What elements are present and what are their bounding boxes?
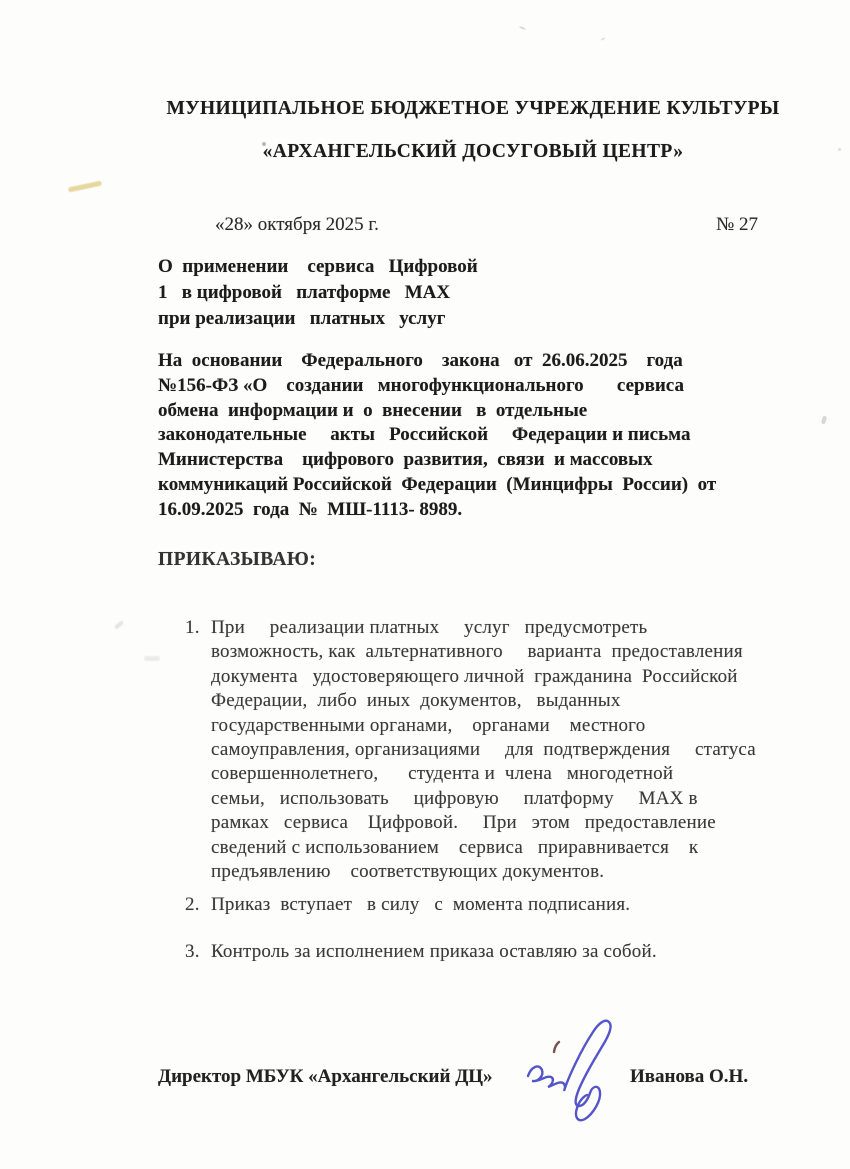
document-page: МУНИЦИПАЛЬНОЕ БЮДЖЕТНОЕ УЧРЕЖДЕНИЕ КУЛЬТ… (0, 0, 850, 1169)
item-line: документа удостоверяющего личной граждан… (211, 665, 756, 689)
document-date: «28» октября 2025 г. (215, 213, 379, 237)
subject-block: О применении сервиса Цифровой 1 в цифров… (158, 254, 478, 332)
order-heading: ПРИКАЗЫВАЮ: (158, 549, 316, 571)
signature-ink-stroke (528, 1021, 611, 1121)
org-name-line2: «АРХАНГЕЛЬСКИЙ ДОСУГОВЫЙ ЦЕНТР» (158, 140, 788, 164)
scan-artifact-dot (262, 142, 266, 146)
basis-paragraph: На основании Федерального закона от 26.0… (158, 349, 716, 523)
item-line: семьи, использовать цифровую платформу М… (211, 787, 756, 811)
basis-line: коммуникаций Российской Федерации (Минци… (158, 473, 716, 498)
item-number: 1. (185, 616, 200, 640)
item-line: рамках сервиса Цифровой. При этом предос… (211, 811, 756, 835)
signer-name: Иванова О.Н. (630, 1066, 748, 1088)
basis-line: На основании Федерального закона от 26.0… (158, 349, 716, 374)
item-line: Федерации, либо иных документов, выданны… (211, 689, 756, 713)
scan-artifact-dot (519, 26, 526, 30)
basis-line: 16.09.2025 года № МШ-1113- 8989. (158, 498, 716, 523)
scan-artifact-smudge (144, 656, 160, 661)
signature-tick-mark (554, 1042, 559, 1052)
item-line: предъявлению соответствующих документов. (211, 860, 756, 884)
item-line: самоуправления, организациями для подтве… (211, 738, 756, 762)
scan-artifact-smudge (114, 620, 124, 629)
basis-line: законодательные акты Российской Федераци… (158, 423, 716, 448)
item-line: Приказ вступает в силу с момента подписа… (211, 893, 630, 917)
document-number: № 27 (716, 213, 758, 237)
subject-line: О применении сервиса Цифровой (158, 254, 478, 280)
org-name-line1: МУНИЦИПАЛЬНОЕ БЮДЖЕТНОЕ УЧРЕЖДЕНИЕ КУЛЬТ… (158, 97, 788, 121)
scan-artifact-dot (838, 148, 841, 151)
item-number: 2. (185, 893, 200, 917)
scan-artifact-dot (821, 416, 827, 425)
subject-line: при реализации платных услуг (158, 306, 478, 332)
item-line: возможность, как альтернативного вариант… (211, 640, 756, 664)
basis-line: Министерства цифрового развития, связи и… (158, 448, 716, 473)
item-line: совершеннолетнего, студента и члена мног… (211, 762, 756, 786)
item-line: государственными органами, органами мест… (211, 714, 756, 738)
subject-line: 1 в цифровой платформе МАХ (158, 280, 478, 306)
item-line: сведений с использованием сервиса прирав… (211, 836, 756, 860)
item-line: Контроль за исполнением приказа оставляю… (211, 940, 657, 964)
item-number: 3. (185, 940, 200, 964)
basis-line: №156-ФЗ «О создании многофункционального… (158, 374, 716, 399)
scan-artifact-yellow-streak (68, 181, 102, 193)
item-line: При реализации платных услуг предусмотре… (211, 616, 756, 640)
scan-artifact-dot (601, 37, 605, 41)
basis-line: обмена информации и о внесении в отдельн… (158, 399, 716, 424)
signer-position: Директор МБУК «Архангельский ДЦ» (158, 1066, 493, 1088)
handwritten-signature (521, 1008, 633, 1130)
